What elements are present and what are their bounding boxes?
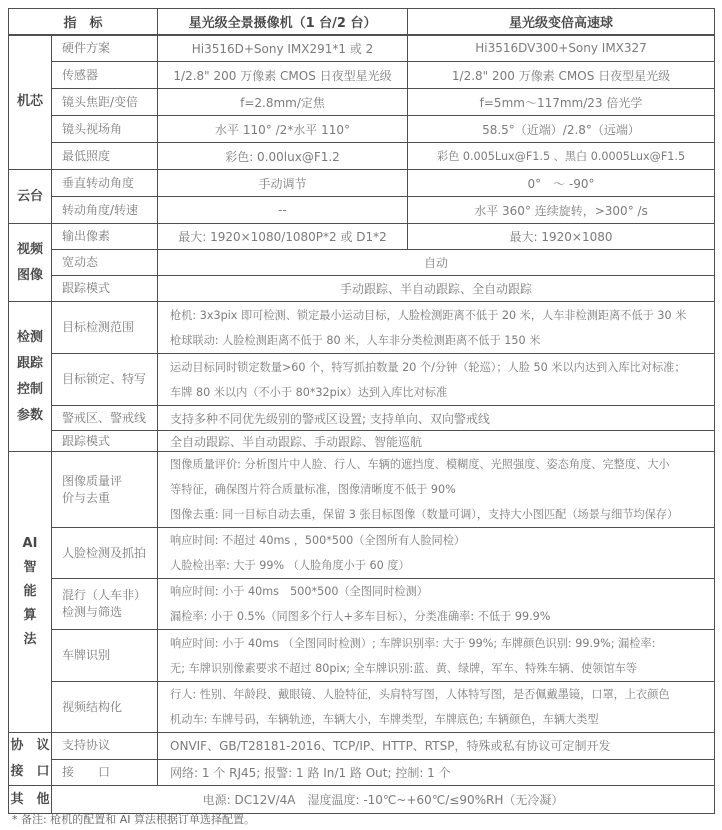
group-label-line: 接 口 <box>9 759 51 785</box>
spec-line: 运动目标同时锁定数量>60 个，特写抓拍数量 20 个/分钟（轮巡）；人脸 50… <box>170 355 714 380</box>
spec-line: 漏检率: 小于 0.5%（同图多个行人+多车目标），分类准确率: 不低于 99.… <box>170 604 714 629</box>
group-label-line: AI <box>9 532 51 556</box>
spec-value-ball: 最大: 1920×1080 <box>408 224 715 250</box>
table-row: 视频结构化 行人: 性别、年龄段、戴眼镜、人脸特征，头肩特写图，人体特写图，是否… <box>9 682 715 733</box>
spec-name: 最低照度 <box>52 143 158 170</box>
spec-line: 图像去重: 同一目标自动去重，保留 3 张目标图像（数量可调），支持大小图匹配（… <box>170 502 714 527</box>
table-row: 其 他 电源: DC12V/4A 湿度温度: -10℃~+60℃/≤90%RH（… <box>9 786 715 814</box>
spec-name: 混行（人车非） 检测与筛选 <box>52 579 158 630</box>
table-row: 传感器 1/2.8" 200 万像素 CMOS 日夜型星光级 1/2.8" 20… <box>9 62 715 89</box>
spec-name: 车牌识别 <box>52 630 158 682</box>
spec-line: 枪球联动: 人脸检测距离不低于 80 米，人车非分类检测距离不低于 150 米 <box>170 328 714 353</box>
header-ball-column: 星光级变倍高速球 <box>408 9 715 35</box>
spec-value-ball: 58.5°（近端）/2.8°（远端） <box>408 116 715 143</box>
table-row: 接 口 网络: 1 个 RJ45; 报警: 1 路 In/1 路 Out; 控制… <box>9 759 715 786</box>
table-row: 协 议 接 口 支持协议 ONVIF、GB/T28181-2016、TCP/IP… <box>9 733 715 760</box>
spec-name: 接 口 <box>52 759 158 786</box>
spec-name-line: 价与去重 <box>62 490 157 507</box>
spec-line: 机动车: 车牌号码，车辆轨迹，车辆大小，车牌类型，车牌底色; 车辆颜色，车辆大类… <box>170 707 714 732</box>
spec-name: 转动角度/转速 <box>52 197 158 224</box>
spec-name: 支持协议 <box>52 733 158 760</box>
group-label-video: 视频 图像 <box>9 224 52 302</box>
group-label-ai: AI 智 能 算 法 <box>9 452 52 733</box>
group-label-line: 法 <box>9 628 51 652</box>
spec-name: 目标锁定、特写 <box>52 354 158 406</box>
spec-name: 镜头焦距/变倍 <box>52 89 158 116</box>
spec-name: 宽动态 <box>52 250 158 276</box>
spec-name: 镜头视场角 <box>52 116 158 143</box>
table-row: 跟踪模式 全自动跟踪、半自动跟踪、手动跟踪、智能巡航 <box>9 431 715 452</box>
footnote: * 备注: 枪机的配置和 AI 算法根据订单选择配置。 <box>12 811 255 827</box>
spec-value-camera: 彩色: 0.00lux@F1.2 <box>158 143 408 170</box>
spec-value-span: 响应时间: 不超过 40ms ，500*500（全图所有人脸同检） 人脸检出率:… <box>158 528 715 579</box>
group-label-detect: 检测 跟踪 控制 参数 <box>9 302 52 452</box>
table-row: 转动角度/转速 -- 水平 360° 连续旋转，>300° /s <box>9 197 715 224</box>
spec-name: 目标检测范围 <box>52 302 158 354</box>
group-label-line: 图像 <box>9 263 51 289</box>
group-label-line: 视频 <box>9 237 51 263</box>
spec-name: 跟踪模式 <box>52 431 158 452</box>
spec-name: 警戒区、警戒线 <box>52 406 158 431</box>
table-row: AI 智 能 算 法 图像质量评 价与去重 图像质量评价: 分析图片中人脸、行人… <box>9 452 715 528</box>
spec-value-ball: 0° 〜 -90° <box>408 170 715 197</box>
spec-value-camera: -- <box>158 197 408 224</box>
spec-value-span: 响应时间: 小于 40ms （全图同时检测）; 车牌识别率: 大于 99%; 车… <box>158 630 715 682</box>
group-label-line: 参数 <box>9 403 51 429</box>
table-row: 镜头焦距/变倍 f=2.8mm/定焦 f=5mm〜117mm/23 倍光学 <box>9 89 715 116</box>
spec-value-ball: f=5mm〜117mm/23 倍光学 <box>408 89 715 116</box>
spec-value-ball: 彩色 0.005Lux@F1.5 、黑白 0.0005Lux@F1.5 <box>408 143 715 170</box>
header-indicator: 指 标 <box>9 9 158 35</box>
spec-name: 图像质量评 价与去重 <box>52 452 158 528</box>
table-row: 人脸检测及抓拍 响应时间: 不超过 40ms ，500*500（全图所有人脸同检… <box>9 528 715 579</box>
spec-line: 图像质量评价: 分析图片中人脸、行人、车辆的遮挡度、模糊度、光照强度、姿态角度、… <box>170 452 714 477</box>
group-label-other: 其 他 <box>9 786 52 814</box>
spec-line: 行人: 性别、年龄段、戴眼镜、人脸特征，头肩特写图，人体特写图，是否佩戴墨镜，口… <box>170 682 714 707</box>
spec-line: 响应时间: 不超过 40ms ，500*500（全图所有人脸同检） <box>170 528 714 553</box>
table-row: 机芯 硬件方案 Hi3516D+Sony IMX291*1 或 2 Hi3516… <box>9 35 715 62</box>
spec-value-camera: 水平 110° /2*水平 110° <box>158 116 408 143</box>
group-label-core: 机芯 <box>9 35 52 170</box>
spec-value-span: 自动 <box>158 250 715 276</box>
spec-value-camera: 1/2.8" 200 万像素 CMOS 日夜型星光级 <box>158 62 408 89</box>
table-header-row: 指 标 星光级全景摄像机（1 台/2 台） 星光级变倍高速球 <box>9 9 715 35</box>
spec-line: 响应时间: 小于 40ms （全图同时检测）; 车牌识别率: 大于 99%; 车… <box>170 631 714 656</box>
table-row: 车牌识别 响应时间: 小于 40ms （全图同时检测）; 车牌识别率: 大于 9… <box>9 630 715 682</box>
table-row: 视频 图像 输出像素 最大: 1920×1080/1080P*2 或 D1*2 … <box>9 224 715 250</box>
spec-line: 枪机: 3x3pix 即可检测、锁定最小运动目标，人脸检测距离不低于 20 米，… <box>170 303 714 328</box>
spec-name-line: 图像质量评 <box>62 473 157 490</box>
spec-value-span: 响应时间: 小于 40ms 500*500（全图同时检测） 漏检率: 小于 0.… <box>158 579 715 630</box>
spec-value-span: 全自动跟踪、半自动跟踪、手动跟踪、智能巡航 <box>158 431 715 452</box>
spec-name: 跟踪模式 <box>52 276 158 302</box>
group-label-line: 检测 <box>9 325 51 351</box>
spec-name-line: 混行（人车非） <box>62 587 157 604</box>
table-row: 混行（人车非） 检测与筛选 响应时间: 小于 40ms 500*500（全图同时… <box>9 579 715 630</box>
spec-value-span: 枪机: 3x3pix 即可检测、锁定最小运动目标，人脸检测距离不低于 20 米，… <box>158 302 715 354</box>
spec-line: 响应时间: 小于 40ms 500*500（全图同时检测） <box>170 579 714 604</box>
spec-value-ball: Hi3516DV300+Sony IMX327 <box>408 35 715 62</box>
spec-value-camera: 手动调节 <box>158 170 408 197</box>
spec-value-span: 网络: 1 个 RJ45; 报警: 1 路 In/1 路 Out; 控制: 1 … <box>158 759 715 786</box>
spec-value-ball: 水平 360° 连续旋转，>300° /s <box>408 197 715 224</box>
group-label-line: 算 <box>9 604 51 628</box>
spec-value-span: ONVIF、GB/T28181-2016、TCP/IP、HTTP、RTSP，特殊… <box>158 733 715 760</box>
spec-value-ball: 1/2.8" 200 万像素 CMOS 日夜型星光级 <box>408 62 715 89</box>
spec-name-line: 检测与筛选 <box>62 604 157 621</box>
spec-line: 人脸检出率: 大于 99% （人脸角度小于 60 度） <box>170 553 714 578</box>
spec-table: 指 标 星光级全景摄像机（1 台/2 台） 星光级变倍高速球 机芯 硬件方案 H… <box>8 8 715 814</box>
spec-value-camera: Hi3516D+Sony IMX291*1 或 2 <box>158 35 408 62</box>
spec-value-span: 电源: DC12V/4A 湿度温度: -10℃~+60℃/≤90%RH（无冷凝） <box>52 786 715 814</box>
group-label-line: 控制 <box>9 377 51 403</box>
spec-name: 输出像素 <box>52 224 158 250</box>
table-row: 宽动态 自动 <box>9 250 715 276</box>
spec-line: 车牌 80 米以内（不小于 80*32pix）达到入库比对标准 <box>170 380 714 405</box>
group-label-line: 能 <box>9 580 51 604</box>
table-row: 云台 垂直转动角度 手动调节 0° 〜 -90° <box>9 170 715 197</box>
spec-value-span: 行人: 性别、年龄段、戴眼镜、人脸特征，头肩特写图，人体特写图，是否佩戴墨镜，口… <box>158 682 715 733</box>
group-label-line: 智 <box>9 556 51 580</box>
table-row: 警戒区、警戒线 支持多种不同优先级别的警戒区设置; 支持单向、双向警戒线 <box>9 406 715 431</box>
table-row: 目标锁定、特写 运动目标同时锁定数量>60 个，特写抓拍数量 20 个/分钟（轮… <box>9 354 715 406</box>
spec-name: 垂直转动角度 <box>52 170 158 197</box>
spec-value-camera: f=2.8mm/定焦 <box>158 89 408 116</box>
spec-value-span: 支持多种不同优先级别的警戒区设置; 支持单向、双向警戒线 <box>158 406 715 431</box>
group-label-line: 跟踪 <box>9 351 51 377</box>
spec-value-camera: 最大: 1920×1080/1080P*2 或 D1*2 <box>158 224 408 250</box>
spec-value-span: 图像质量评价: 分析图片中人脸、行人、车辆的遮挡度、模糊度、光照强度、姿态角度、… <box>158 452 715 528</box>
spec-value-span: 运动目标同时锁定数量>60 个，特写抓拍数量 20 个/分钟（轮巡）；人脸 50… <box>158 354 715 406</box>
table-row: 跟踪模式 手动跟踪、半自动跟踪、全自动跟踪 <box>9 276 715 302</box>
group-label-line: 协 议 <box>9 733 51 759</box>
spec-name: 硬件方案 <box>52 35 158 62</box>
spec-line: 无; 车牌识别像素要求不超过 80pix; 全车牌识别:蓝、黄、绿牌，军车、特殊… <box>170 656 714 681</box>
group-label-ptz: 云台 <box>9 170 52 224</box>
spec-line: 等特征，确保图片符合质量标准，图像清晰度不低于 90% <box>170 477 714 502</box>
spec-value-span: 手动跟踪、半自动跟踪、全自动跟踪 <box>158 276 715 302</box>
spec-name: 传感器 <box>52 62 158 89</box>
table-row: 镜头视场角 水平 110° /2*水平 110° 58.5°（近端）/2.8°（… <box>9 116 715 143</box>
table-row: 最低照度 彩色: 0.00lux@F1.2 彩色 0.005Lux@F1.5 、… <box>9 143 715 170</box>
spec-name: 人脸检测及抓拍 <box>52 528 158 579</box>
spec-name: 视频结构化 <box>52 682 158 733</box>
table-row: 检测 跟踪 控制 参数 目标检测范围 枪机: 3x3pix 即可检测、锁定最小运… <box>9 302 715 354</box>
header-camera-column: 星光级全景摄像机（1 台/2 台） <box>158 9 408 35</box>
group-label-protocol: 协 议 接 口 <box>9 733 52 786</box>
